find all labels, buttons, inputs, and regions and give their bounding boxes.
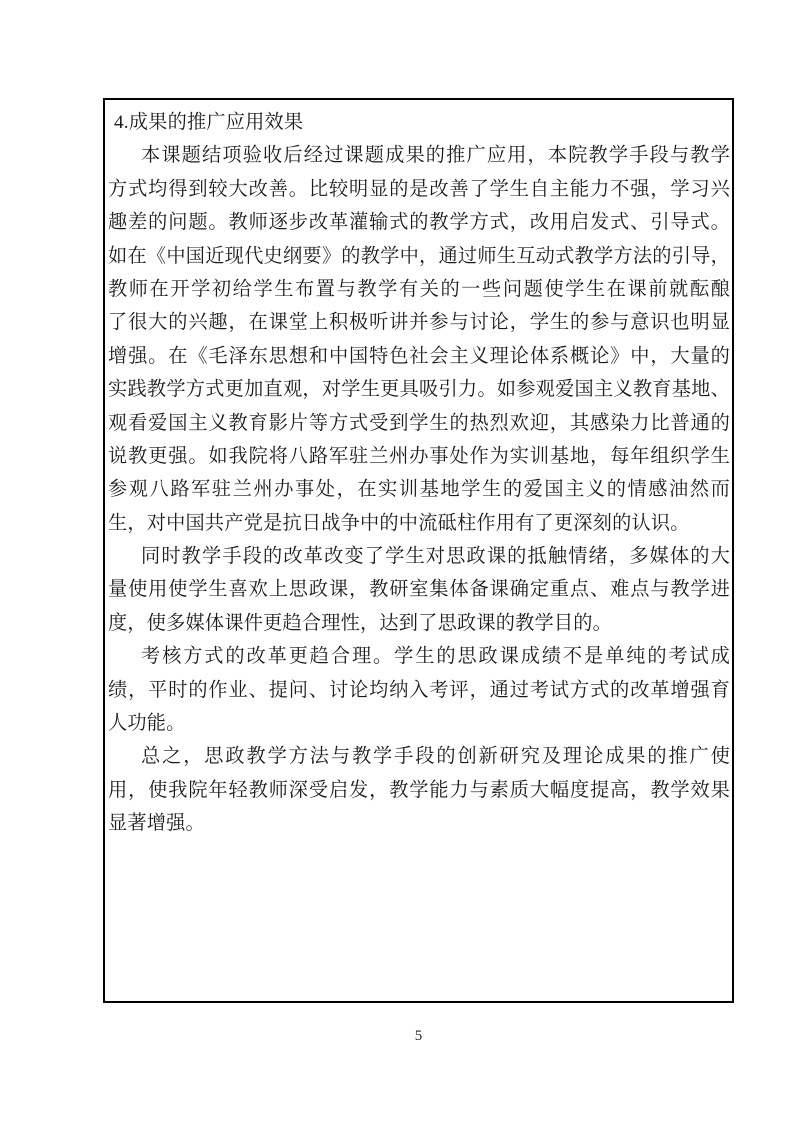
text-line: 本课题结项验收后经过课题成果的推广应用，本院教学手段与教学: [108, 139, 730, 172]
text-line: 教师在开学初给学生布置与教学有关的一些问题使学生在课前就酝酿: [108, 273, 730, 306]
text-line: 绩，平时的作业、提问、讨论均纳入考评，通过考试方式的改革增强育: [108, 674, 730, 707]
section-heading: 4.成果的推广应用效果: [108, 106, 730, 139]
text-line: 用，使我院年轻教师深受启发，教学能力与素质大幅度提高，教学效果: [108, 774, 730, 807]
text-line: 说教更强。如我院将八路军驻兰州办事处作为实训基地，每年组织学生: [108, 440, 730, 473]
text-line: 人功能。: [108, 707, 730, 740]
document-page: { "content": { "heading": "4.成果的推广应用效果",…: [0, 0, 794, 1123]
page-number: 5: [103, 1026, 734, 1046]
paragraph: 考核方式的改革更趋合理。学生的思政课成绩不是单纯的考试成绩，平时的作业、提问、讨…: [108, 640, 730, 740]
text-line: 总之，思政教学方法与教学手段的创新研究及理论成果的推广使: [108, 740, 730, 773]
text-line: 生，对中国共产党是抗日战争中的中流砥柱作用有了更深刻的认识。: [108, 507, 730, 540]
text-line: 如在《中国近现代史纲要》的教学中，通过师生互动式教学方法的引导，: [108, 240, 730, 273]
text-line: 同时教学手段的改革改变了学生对思政课的抵触情绪，多媒体的大: [108, 540, 730, 573]
text-line: 度，使多媒体课件更趋合理性，达到了思政课的教学目的。: [108, 607, 730, 640]
body-paragraphs: 本课题结项验收后经过课题成果的推广应用，本院教学手段与教学方式均得到较大改善。比…: [108, 139, 730, 840]
paragraph: 总之，思政教学方法与教学手段的创新研究及理论成果的推广使用，使我院年轻教师深受启…: [108, 740, 730, 840]
text-line: 参观八路军驻兰州办事处，在实训基地学生的爱国主义的情感油然而: [108, 473, 730, 506]
paragraph: 同时教学手段的改革改变了学生对思政课的抵触情绪，多媒体的大量使用使学生喜欢上思政…: [108, 540, 730, 640]
text-line: 实践教学方式更加直观，对学生更具吸引力。如参观爱国主义教育基地、: [108, 373, 730, 406]
sheet: 4.成果的推广应用效果 本课题结项验收后经过课题成果的推广应用，本院教学手段与教…: [0, 0, 794, 1123]
text-line: 量使用使学生喜欢上思政课，教研室集体备课确定重点、难点与教学进: [108, 573, 730, 606]
paragraph: 本课题结项验收后经过课题成果的推广应用，本院教学手段与教学方式均得到较大改善。比…: [108, 139, 730, 540]
text-line: 考核方式的改革更趋合理。学生的思政课成绩不是单纯的考试成: [108, 640, 730, 673]
text-line: 增强。在《毛泽东思想和中国特色社会主义理论体系概论》中，大量的: [108, 340, 730, 373]
text-line: 了很大的兴趣，在课堂上积极听讲并参与讨论，学生的参与意识也明显: [108, 306, 730, 339]
text-line: 观看爱国主义教育影片等方式受到学生的热烈欢迎，其感染力比普通的: [108, 407, 730, 440]
text-line: 方式均得到较大改善。比较明显的是改善了学生自主能力不强，学习兴: [108, 173, 730, 206]
form-content-cell: 4.成果的推广应用效果 本课题结项验收后经过课题成果的推广应用，本院教学手段与教…: [103, 98, 734, 1003]
text-line: 显著增强。: [108, 807, 730, 840]
text-line: 趣差的问题。教师逐步改革灌输式的教学方式，改用启发式、引导式。: [108, 206, 730, 239]
